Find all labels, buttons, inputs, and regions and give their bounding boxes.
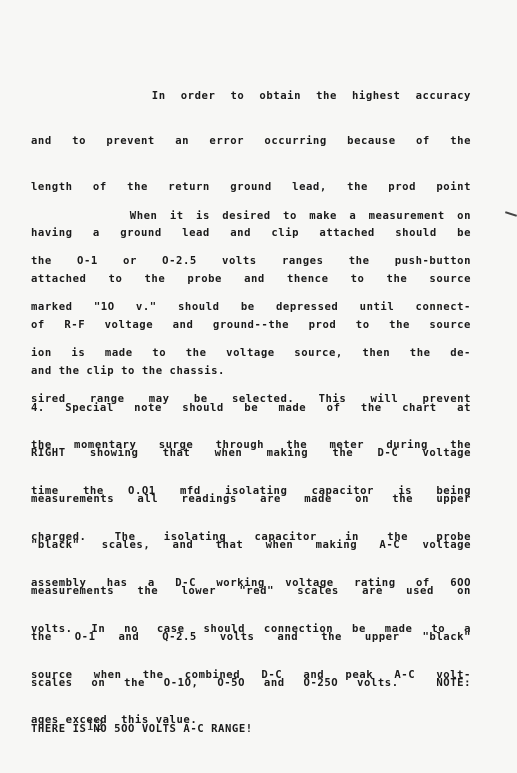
paragraph-special-note: 4. Special note should be made of the ch…	[31, 370, 471, 768]
margin-mark	[505, 211, 517, 217]
page-number: 12	[86, 718, 104, 734]
text-line: "black" scales, and that when making A-C…	[31, 538, 471, 553]
text-line: When it is desired to make a measurement…	[31, 209, 471, 224]
text-line: In order to obtain the highest accuracy	[31, 89, 471, 104]
text-line: ion is made to the voltage source, then …	[31, 346, 471, 361]
text-line: marked "1O v." should be depressed until…	[31, 300, 471, 315]
text-line: and to prevent an error occurring becaus…	[31, 134, 471, 149]
text-line: measurements the lower "red" scales are …	[31, 584, 471, 599]
text-line: 4. Special note should be made of the ch…	[31, 401, 471, 416]
text-line: scales on the O-1O, O-5O and O-25O volts…	[31, 676, 471, 691]
text-line: measurements all readings are made on th…	[31, 492, 471, 507]
text-line: RIGHT showing that when making the D-C v…	[31, 446, 471, 461]
text-line: the O-1 or O-2.5 volts ranges the push-b…	[31, 254, 471, 269]
document-page: In order to obtain the highest accuracy …	[0, 0, 517, 773]
text-line: the O-1 and Q-2.5 volts and the upper "b…	[31, 630, 471, 645]
